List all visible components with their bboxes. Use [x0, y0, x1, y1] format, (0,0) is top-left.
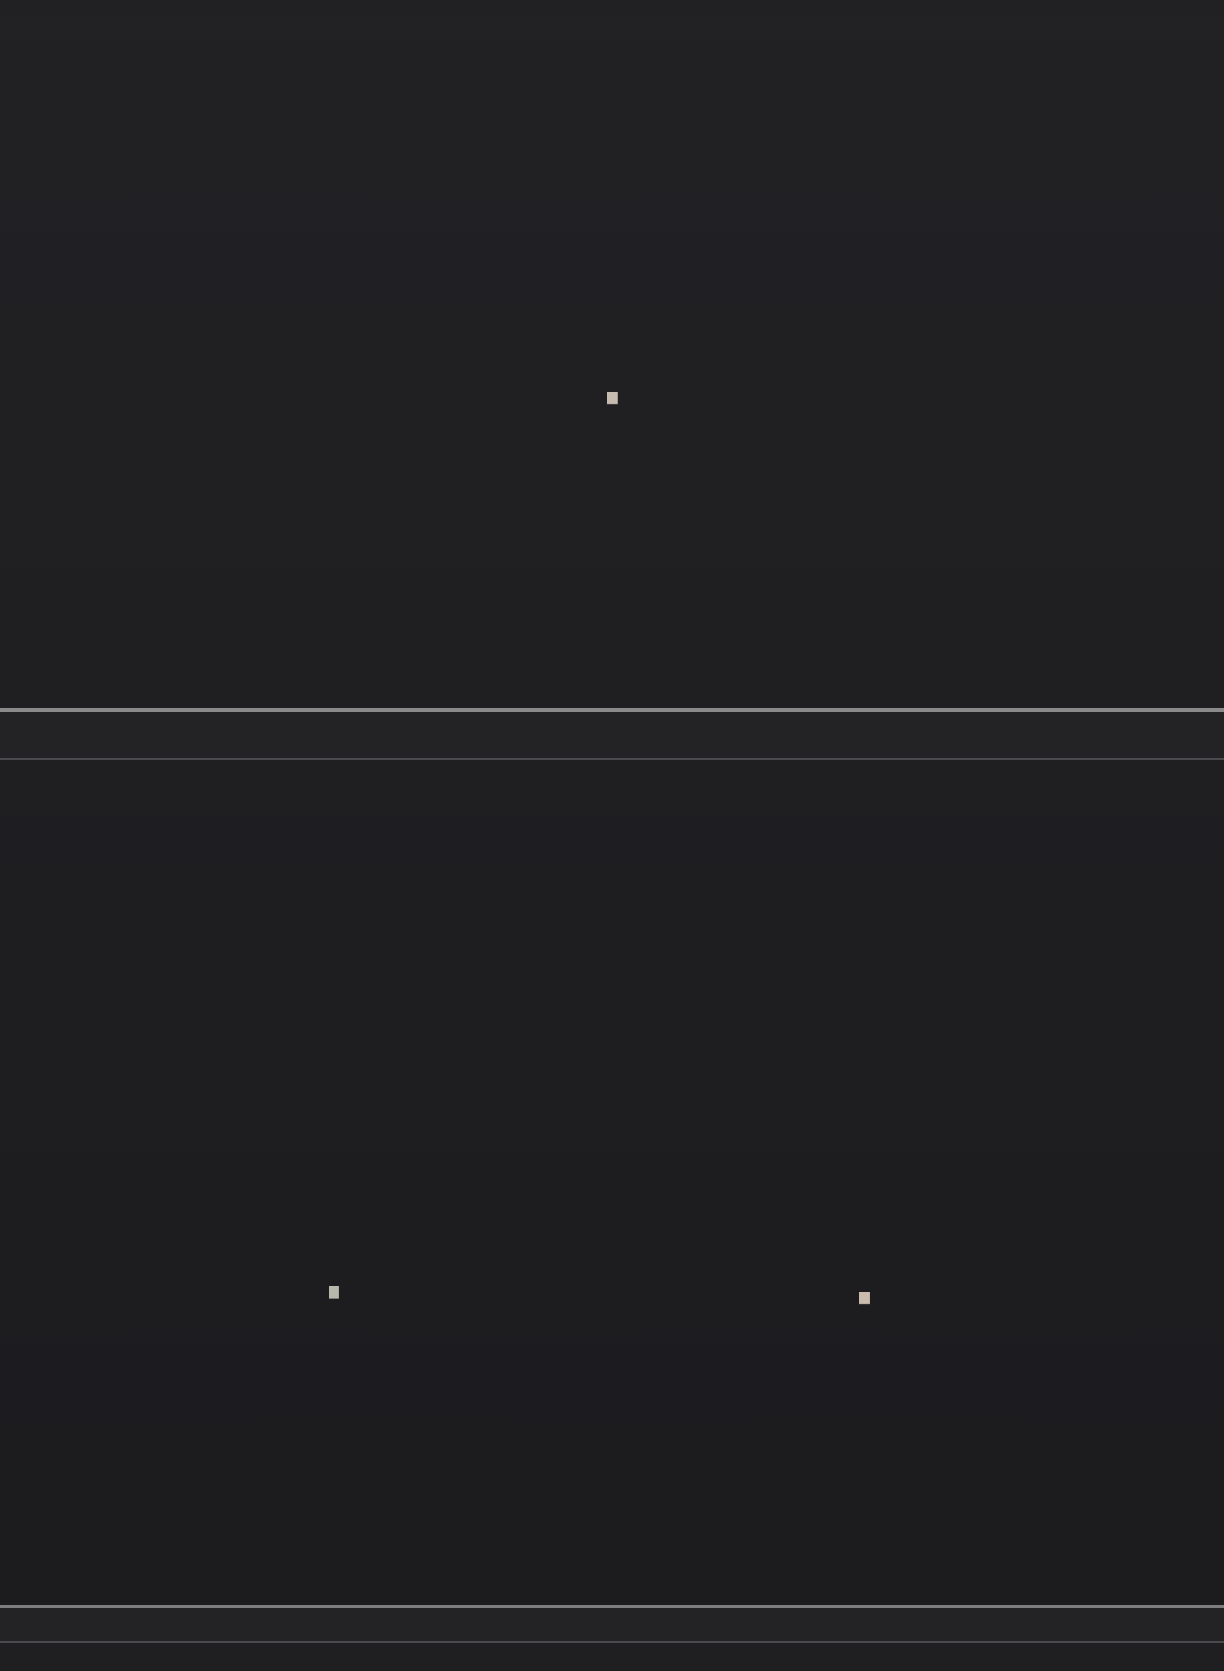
- stamp-bottom-right-back: [592, 995, 1137, 1601]
- stock-page-strip-upper: [0, 708, 1224, 762]
- stamp-paper: 90 4$ -/ 40c: [350, 92, 875, 704]
- hinge-remnant: [180, 1027, 488, 1209]
- hinge-remnant: [472, 180, 772, 312]
- pencil-note: 40c: [410, 587, 491, 638]
- hinge-remnant: [722, 1052, 1022, 1174]
- ink-showthrough: [228, 1205, 428, 1505]
- stock-page-strip-lower: [0, 1605, 1224, 1644]
- stamp-paper: [88, 985, 580, 1600]
- pencil-note: -/: [475, 447, 509, 505]
- stamp-paper: [592, 995, 1137, 1601]
- stamp-bottom-left-back: [88, 985, 580, 1600]
- pencil-note: 90 4$: [480, 317, 626, 368]
- stock-page-strip-upper-edge: [0, 758, 1224, 816]
- stock-page-strip-lower-edge: [0, 1641, 1224, 1671]
- stamp-top-back: 90 4$ -/ 40c: [350, 92, 875, 704]
